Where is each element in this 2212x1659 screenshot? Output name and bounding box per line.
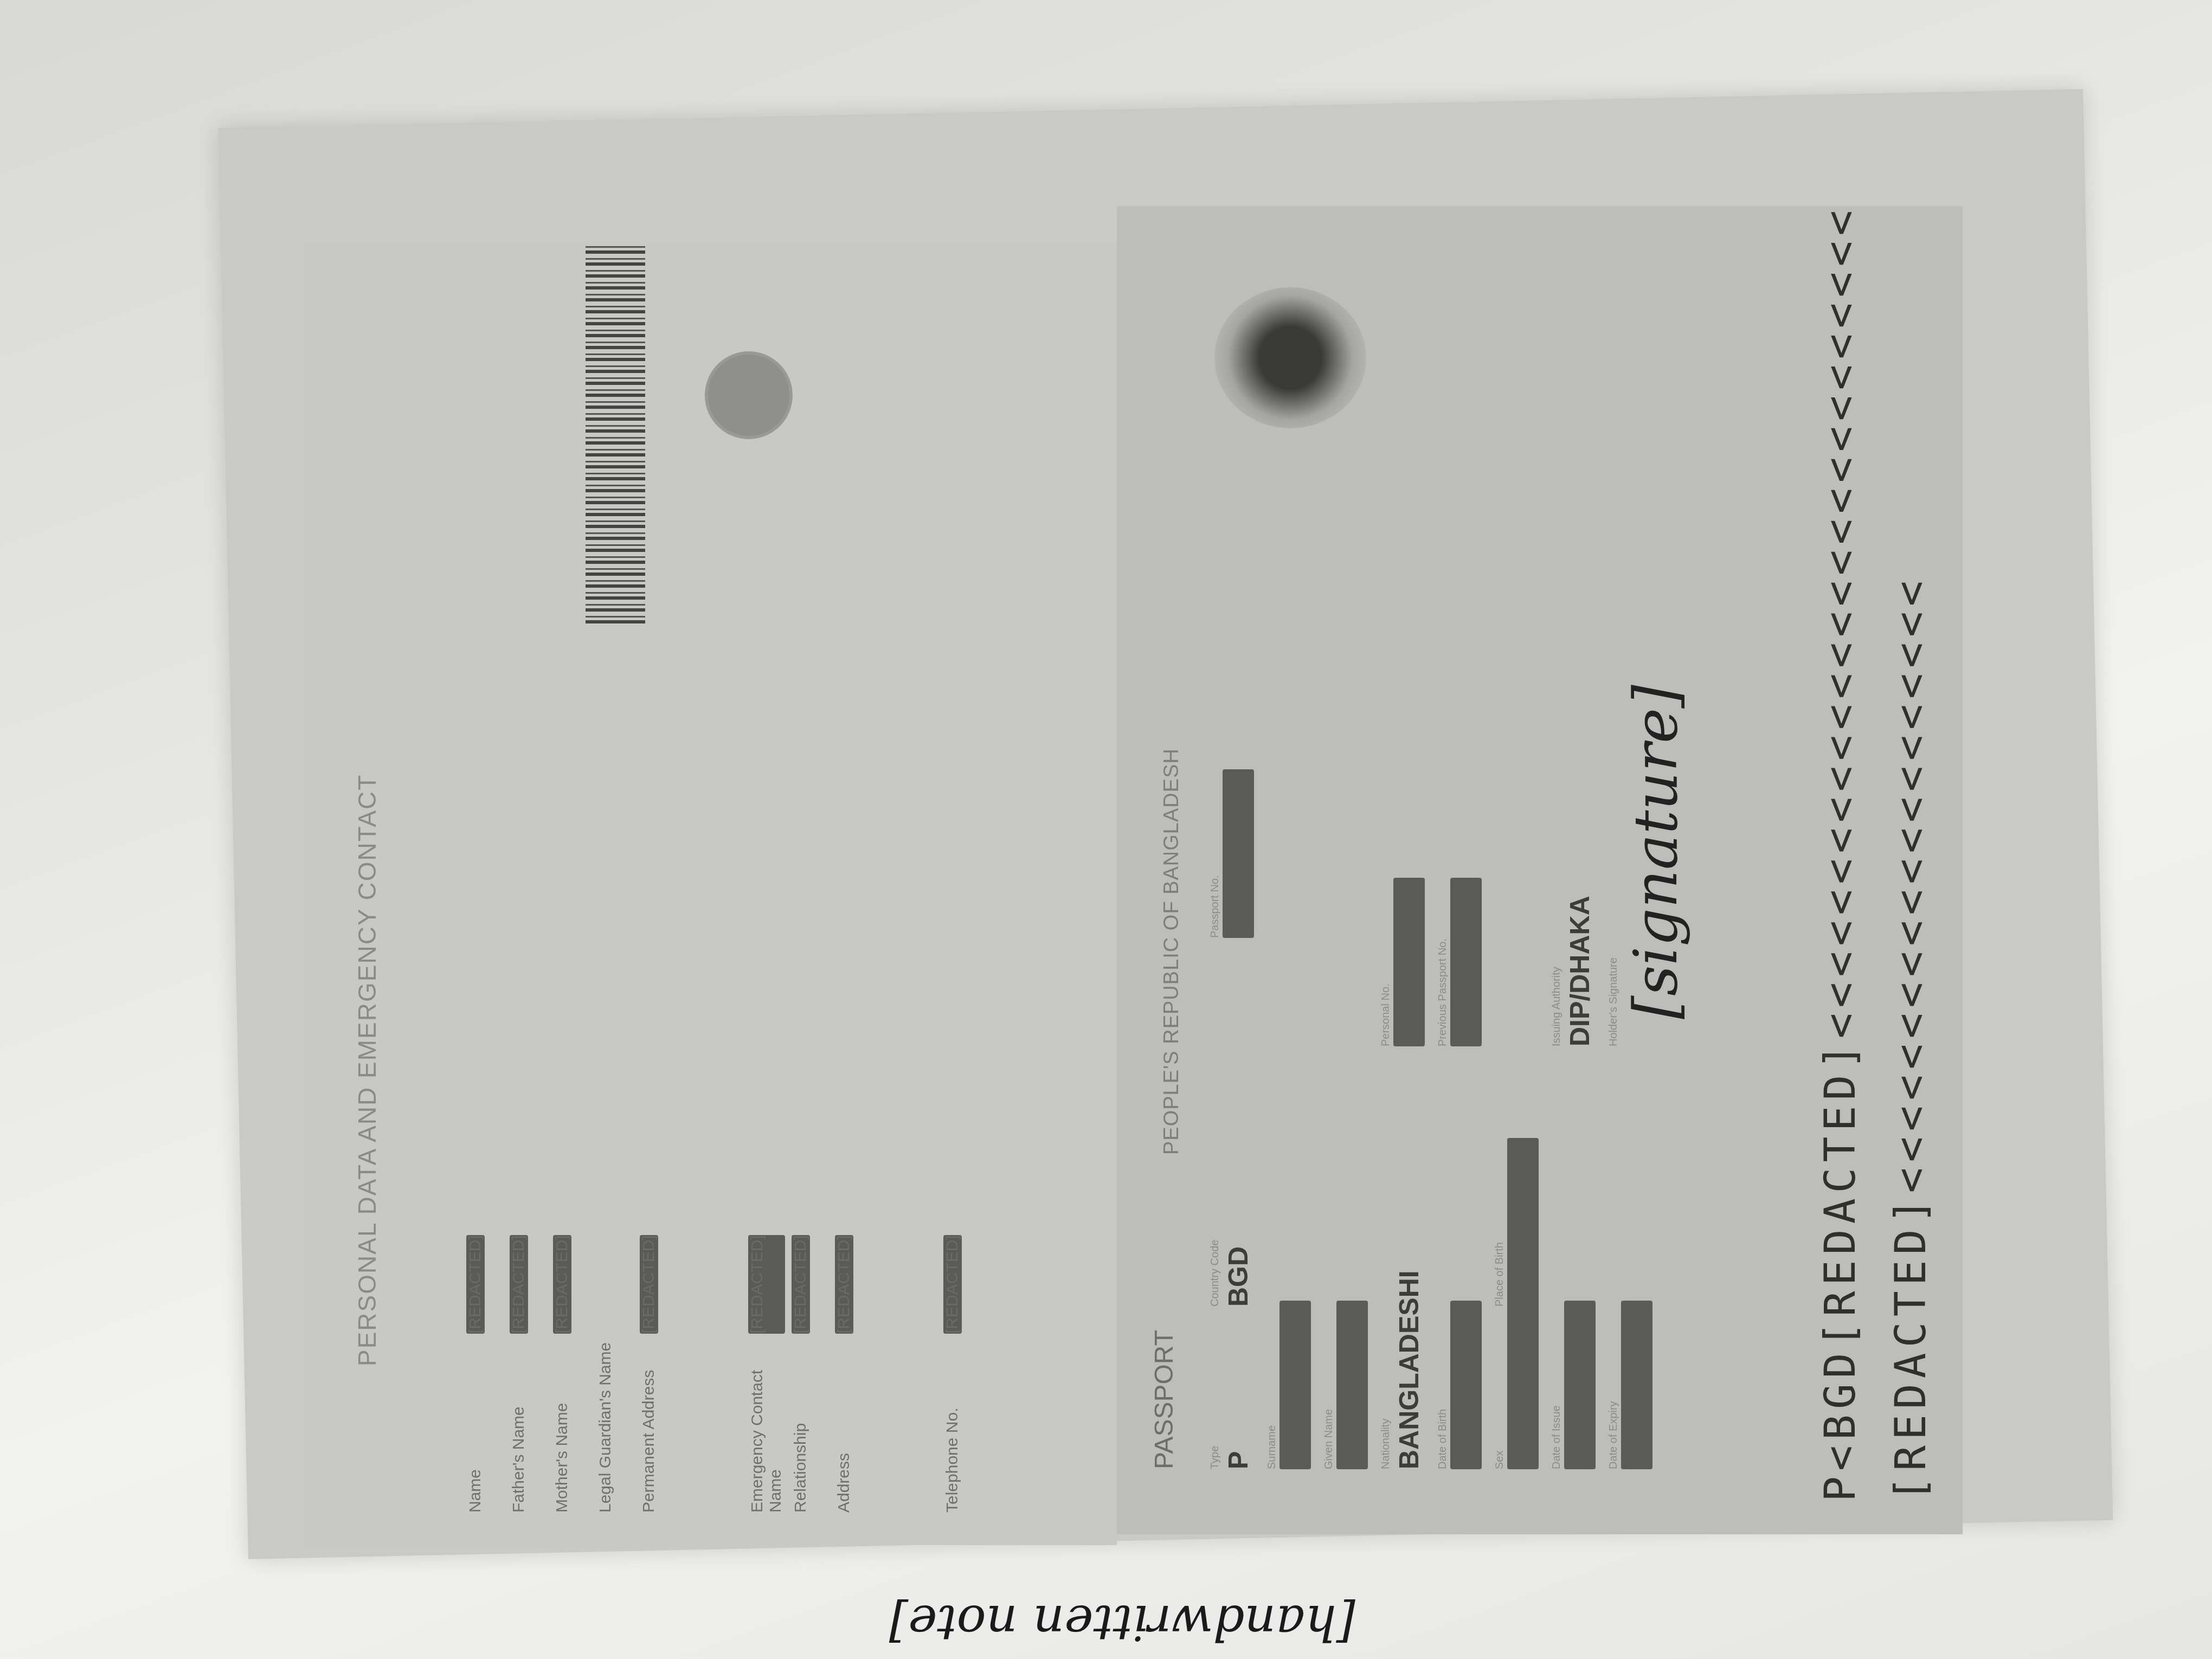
field-row: Mother's Name[REDACTED]: [553, 1235, 571, 1513]
field-row: Emergency Contact Name[REDACTED]: [748, 1235, 785, 1513]
date-of-expiry: [REDACTED]: [1621, 1301, 1652, 1469]
country-header: PEOPLE'S REPUBLIC OF BANGLADESH: [1160, 748, 1184, 1155]
field-row: Name[REDACTED]: [466, 1235, 485, 1513]
place-of-birth: [REDACTED]: [1507, 1138, 1539, 1307]
field-row: Father's Name[REDACTED]: [510, 1235, 528, 1513]
barcode: [586, 244, 645, 623]
page-title: PERSONAL DATA AND EMERGENCY CONTACT: [352, 774, 382, 1366]
date-of-birth: [REDACTED]: [1450, 1301, 1482, 1469]
passport-heading: PASSPORT: [1149, 1330, 1179, 1469]
field-row: Legal Guardian's Name: [596, 1334, 615, 1513]
seal-icon: [705, 351, 793, 439]
passport-type: P: [1223, 1451, 1254, 1469]
passport-data-page: PASSPORT PEOPLE'S REPUBLIC OF BANGLADESH…: [1117, 206, 1963, 1534]
holder-signature: [signature]: [1621, 685, 1690, 1019]
nationality: BANGLADESHI: [1393, 1270, 1425, 1469]
sex: [REDACTED]: [1507, 1301, 1539, 1469]
handwritten-note: [handwritten note]: [889, 1594, 1355, 1651]
given-name: [REDACTED]: [1336, 1301, 1368, 1469]
field-row: Permanent Address[REDACTED]: [640, 1235, 658, 1513]
field-row: Telephone No.[REDACTED]: [943, 1235, 962, 1513]
passport-number: [REDACTED]: [1223, 769, 1254, 938]
issuing-authority: DIP/DHAKA: [1564, 896, 1596, 1046]
previous-passport-number: [REDACTED]: [1450, 878, 1482, 1046]
personal-data-page: PERSONAL DATA AND EMERGENCY CONTACT Name…: [304, 244, 1117, 1545]
surname: [REDACTED]: [1279, 1301, 1311, 1469]
mrz-line-1: P<BGD[REDACTED]<<<<<<<<<<<<<<<<<<<<<<<<<…: [1816, 205, 1865, 1502]
date-of-issue: [REDACTED]: [1564, 1301, 1596, 1469]
personal-number: [REDACTED]: [1393, 878, 1425, 1046]
holder-photo: [1214, 287, 1366, 428]
country-code: BGD: [1223, 1246, 1254, 1307]
mrz-line-2: [REDACTED]<<<<<<<<<<<<<<<<<<<<: [1887, 575, 1935, 1502]
field-row: Address[REDACTED]: [835, 1235, 853, 1513]
field-row: Relationship[REDACTED]: [792, 1235, 810, 1513]
